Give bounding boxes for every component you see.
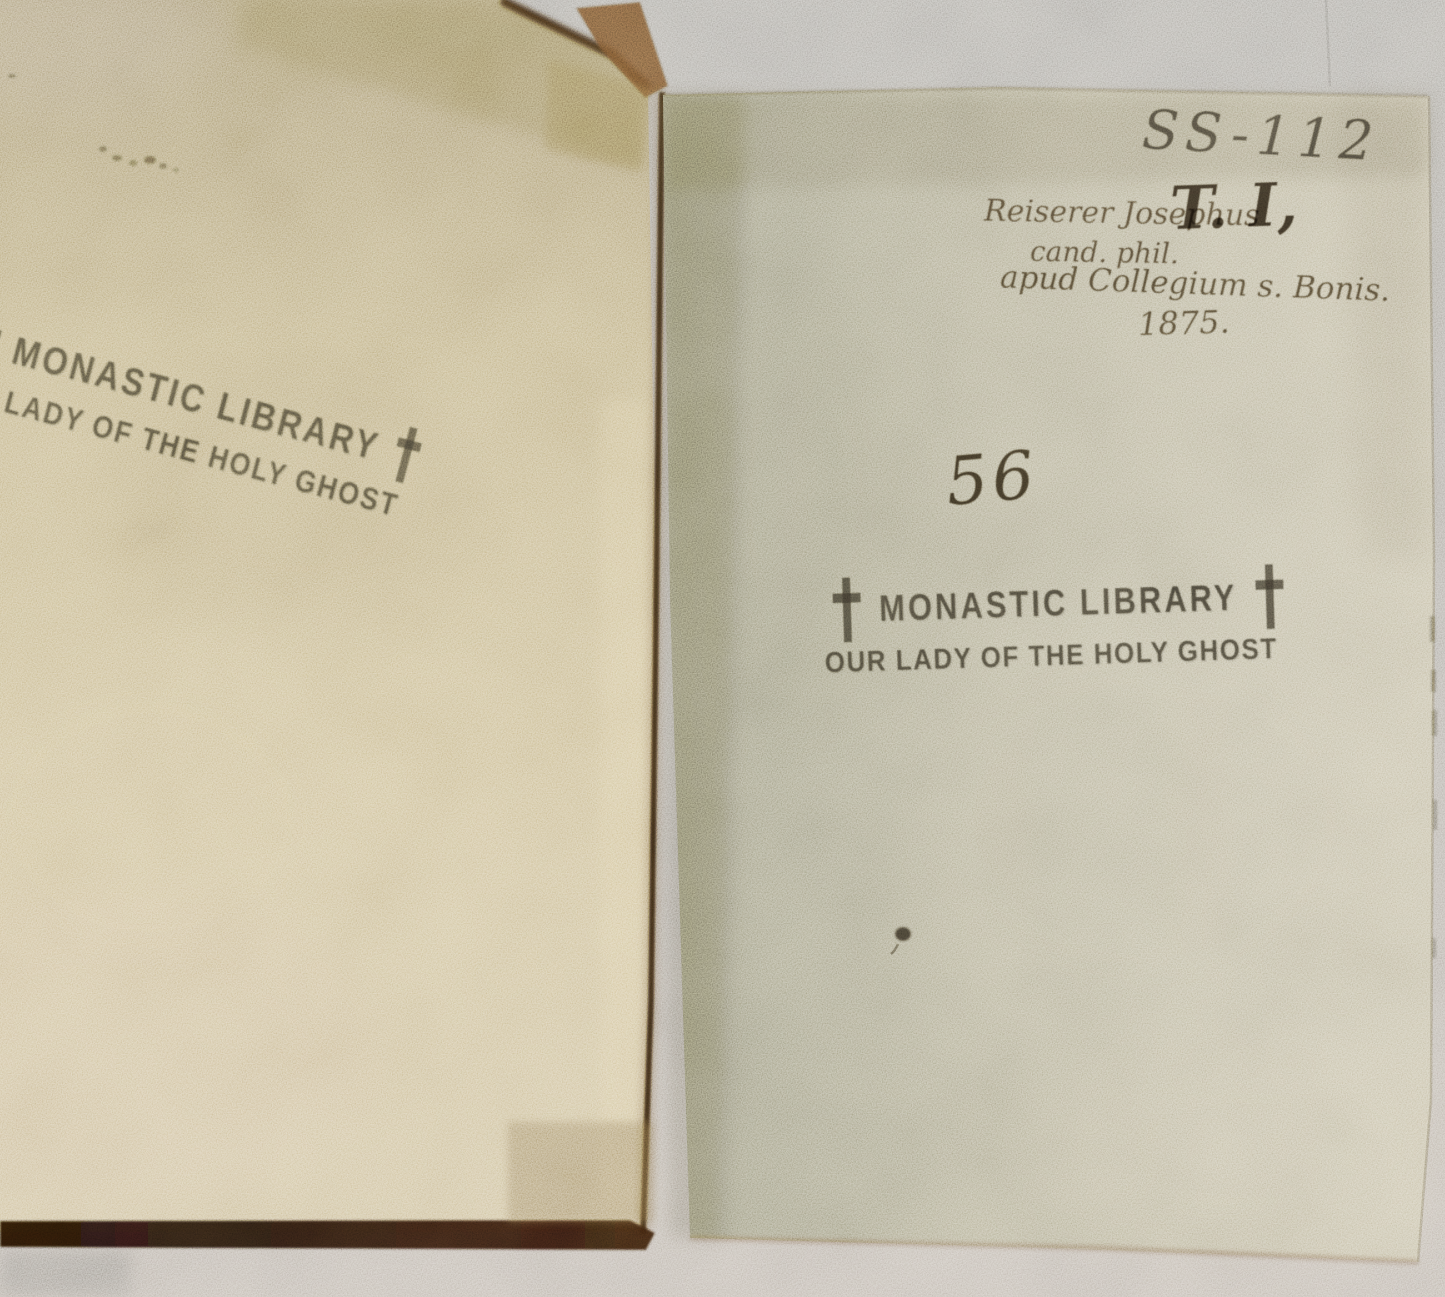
cross-icon [0, 312, 5, 373]
owner-inscription-year: 1875. [1137, 302, 1230, 343]
shelfmark-handwriting: SS-112 [1141, 98, 1382, 173]
right-stamp-title: MONASTIC LIBRARY [878, 576, 1238, 630]
left-page-library-stamp: MONASTIC LIBRARY OUR LADY OF THE HOLY GH… [0, 312, 425, 521]
text-layer: MONASTIC LIBRARY OUR LADY OF THE HOLY GH… [0, 0, 1445, 1297]
right-page-library-stamp: MONASTIC LIBRARY OUR LADY OF THE HOLY GH… [832, 564, 1285, 676]
accession-number-handwriting: 56 [943, 436, 1041, 521]
owner-inscription-name: Reiserer Josephus [984, 194, 1260, 234]
cross-icon [832, 577, 862, 643]
book-photo: MONASTIC LIBRARY OUR LADY OF THE HOLY GH… [0, 0, 1445, 1297]
cross-icon [387, 424, 425, 485]
owner-inscription-college: apud Collegium s. Bonis. [999, 259, 1390, 309]
cross-icon [1254, 564, 1284, 630]
